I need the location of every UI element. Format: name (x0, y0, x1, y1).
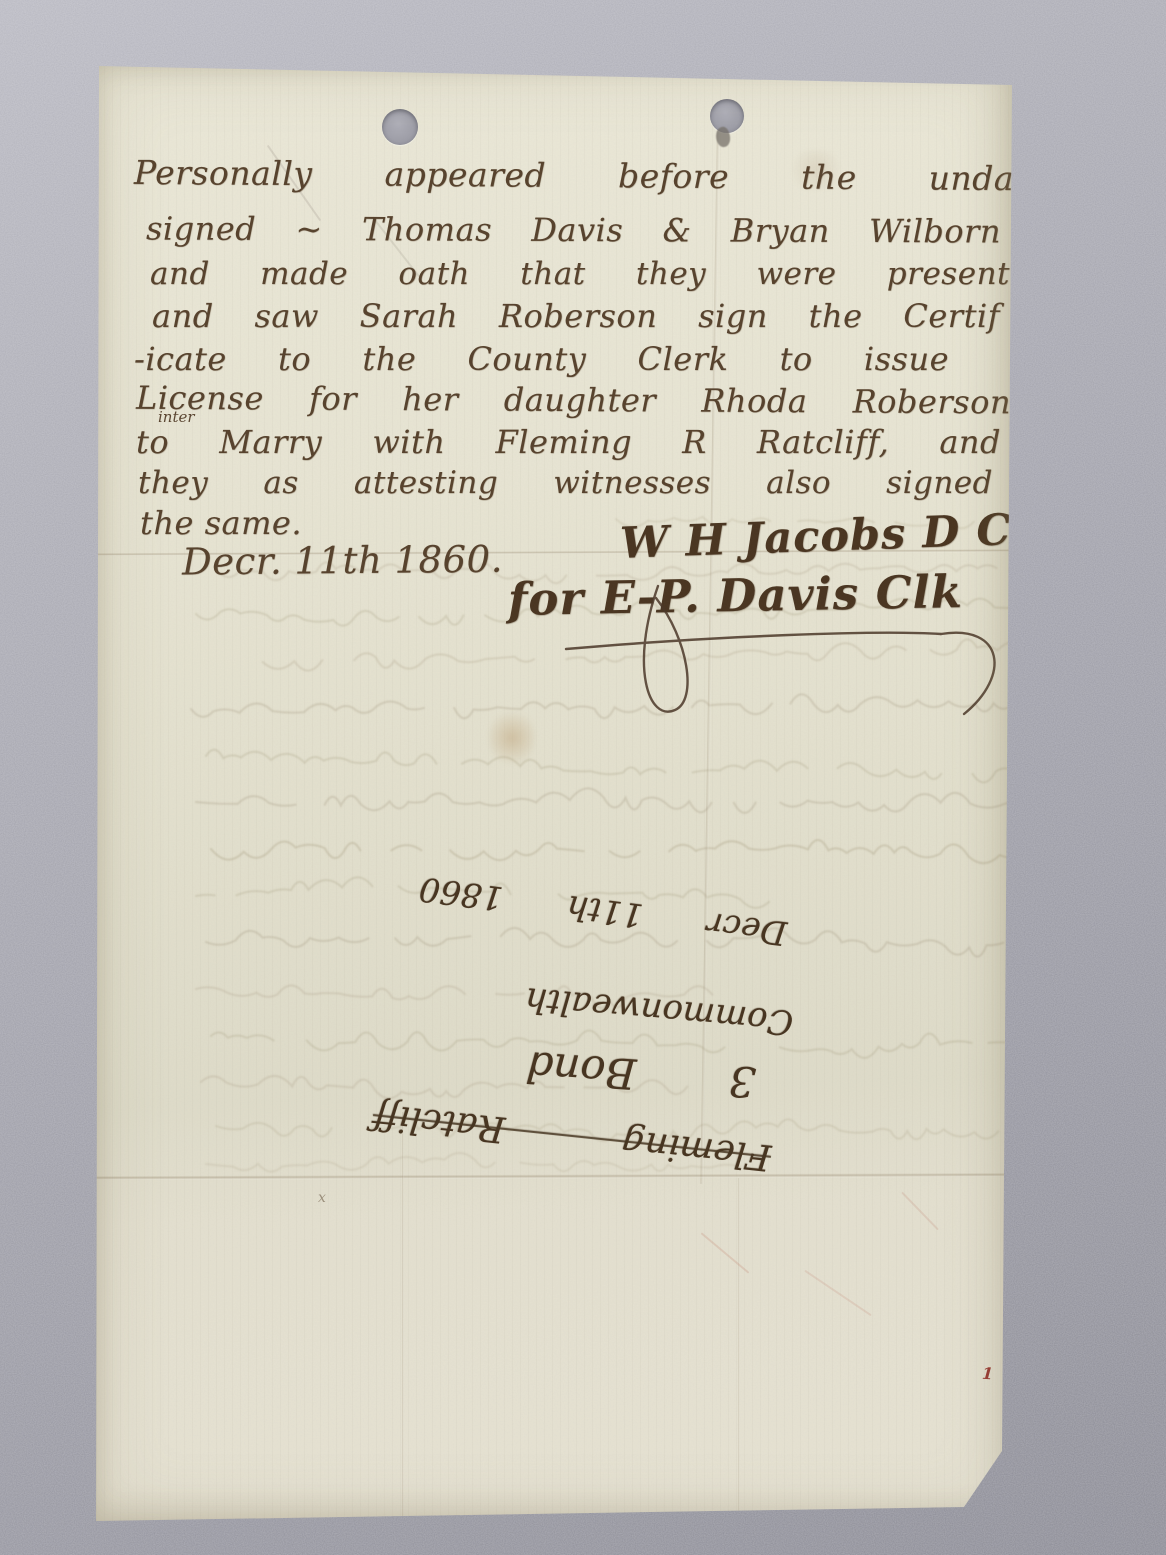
hatch-mark (701, 1232, 750, 1273)
hatch-mark (901, 1192, 939, 1231)
clerk-signature: for E-P. Davis Clk (508, 565, 964, 626)
handwriting-line: and made oath that they were present (150, 258, 1010, 291)
handwriting-line: the same. (140, 507, 440, 541)
deputy-signature: W H Jacobs D C (619, 505, 1012, 569)
handwriting-line: to Marry with Fleming R Ratcliff, and (136, 426, 1001, 460)
red-margin-mark: 1 (981, 1364, 993, 1384)
docket-line-bond: 3 Bond (525, 1042, 758, 1107)
inserted-word: inter (158, 408, 195, 426)
document-paper: Personally appeared before the unda sign… (96, 64, 1012, 1522)
handwriting-line: -icate to the County Clerk to issue (134, 343, 949, 377)
hatch-mark (804, 1270, 871, 1316)
handwriting-line: they as attesting witnesses also signed (138, 467, 993, 500)
photo-scene: Personally appeared before the unda sign… (0, 0, 1166, 1555)
fold-crease-vertical-left (402, 1112, 404, 1522)
handwriting-line: Personally appeared before the unda (134, 156, 1014, 197)
handwriting-line: License for her daughter Rhoda Roberson (136, 382, 1011, 420)
docket-line-name: Fleming Ratcliff (371, 1095, 773, 1178)
date-line: Decr. 11th 1860. (182, 541, 522, 583)
ink-stain (489, 707, 535, 769)
fold-crease-horizontal-lower (96, 1173, 1012, 1180)
punch-hole-left (382, 109, 418, 145)
pencil-x-mark: x (318, 1190, 326, 1206)
docket-line-commonwealth: Commonwealth (413, 970, 795, 1043)
fold-crease-vertical-right (738, 1178, 740, 1522)
handwriting-line: and saw Sarah Roberson sign the Certif (152, 300, 1000, 334)
docket-line-date: Decr 11th 1860 (417, 870, 789, 954)
handwriting-line: signed ~ Thomas Davis & Bryan Wilborn (146, 213, 1001, 250)
